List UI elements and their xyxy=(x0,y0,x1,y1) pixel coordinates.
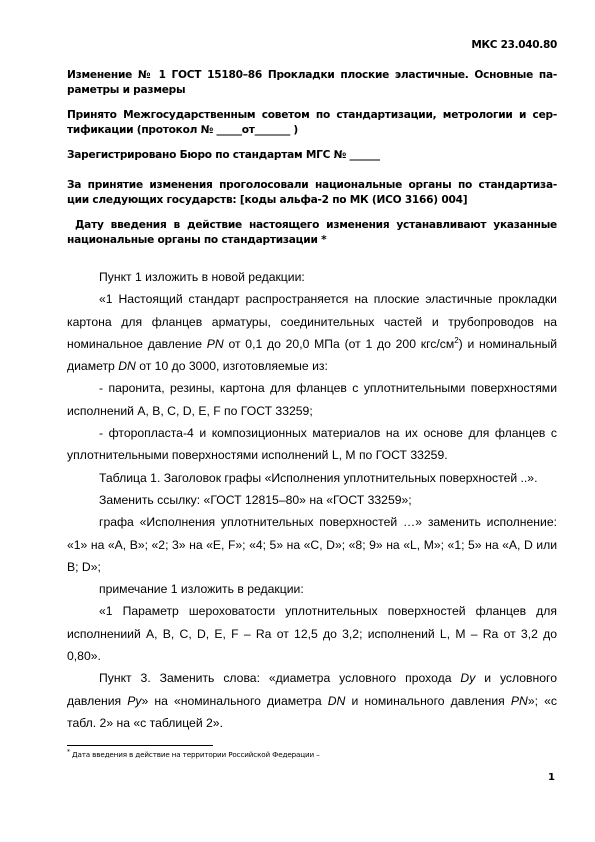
document-page: МКС 23.040.80 Изменение № 1 ГОСТ 15180–8… xyxy=(0,0,595,842)
classifier-code: МКС 23.040.80 xyxy=(471,39,557,51)
date-line1: Дату введения в действие настоящего изме… xyxy=(67,218,557,233)
date-line2: национальные органы по стандартизации * xyxy=(67,233,557,248)
paragraph: примечание 1 изложить в редакции: xyxy=(67,578,557,600)
text-run: от 0,1 до 20,0 МПа (от 1 до 200 кгс/см xyxy=(224,337,455,351)
voting-statement: За принятие изменения проголосовали наци… xyxy=(67,178,557,208)
adopted-line1: Принято Межгосударственным советом по ст… xyxy=(67,108,557,123)
footnote-marker: * xyxy=(67,749,70,756)
paragraph: «1 Настоящий стандарт распространяется н… xyxy=(67,288,557,377)
registration-statement: Зарегистрировано Бюро по стандартам МГС … xyxy=(67,148,557,163)
paragraph: «1 Параметр шероховатости уплотнительных… xyxy=(67,600,557,667)
amendment-title: Изменение № 1 ГОСТ 15180–86 Прокладки пл… xyxy=(67,68,557,98)
text-run: » на «номинального диаметра xyxy=(141,694,327,708)
paragraph: Таблица 1. Заголовок графы «Исполнения у… xyxy=(67,467,557,489)
symbol-dy: Dу xyxy=(460,671,475,685)
amendment-title-line1: Изменение № 1 ГОСТ 15180–86 Прокладки пл… xyxy=(67,68,557,83)
amendment-body: Пункт 1 изложить в новой редакции: «1 На… xyxy=(67,266,557,734)
paragraph: Пункт 1 изложить в новой редакции: xyxy=(67,266,557,288)
adopted-line2: тификации (протокол № _____от_______ ) xyxy=(67,123,557,138)
symbol-pn: PN xyxy=(207,337,224,351)
amendment-title-line2: раметры и размеры xyxy=(67,83,557,98)
footnote: * Дата введения в действие на территории… xyxy=(67,750,320,759)
paragraph: Заменить ссылку: «ГОСТ 12815–80» на «ГОС… xyxy=(67,489,557,511)
registered-line: Зарегистрировано Бюро по стандартам МГС … xyxy=(67,148,557,163)
effective-date-statement: Дату введения в действие настоящего изме… xyxy=(67,218,557,248)
paragraph: графа «Исполнения уплотнительных поверхн… xyxy=(67,511,557,578)
text-run: Пункт 3. Заменить слова: «диаметра услов… xyxy=(99,671,460,685)
voted-line1: За принятие изменения проголосовали наци… xyxy=(67,178,557,193)
voted-line2: ции следующих государств: [коды альфа-2 … xyxy=(67,193,557,208)
paragraph: Пункт 3. Заменить слова: «диаметра услов… xyxy=(67,667,557,734)
paragraph: - паронита, резины, картона для фланцев … xyxy=(67,377,557,422)
adopted-statement: Принято Межгосударственным советом по ст… xyxy=(67,108,557,138)
symbol-pn: PN xyxy=(511,694,528,708)
footnote-text: Дата введения в действие на территории Р… xyxy=(72,750,320,759)
text-run: и номинального давления xyxy=(345,694,511,708)
footnote-separator xyxy=(67,745,213,746)
paragraph: - фторопласта-4 и композиционных материа… xyxy=(67,422,557,467)
symbol-py: Pу xyxy=(127,694,141,708)
symbol-dn: DN xyxy=(118,359,136,373)
page-number: 1 xyxy=(548,772,555,783)
symbol-dn: DN xyxy=(328,694,346,708)
text-run: от 10 до 3000, изготовляемые из: xyxy=(136,359,328,373)
